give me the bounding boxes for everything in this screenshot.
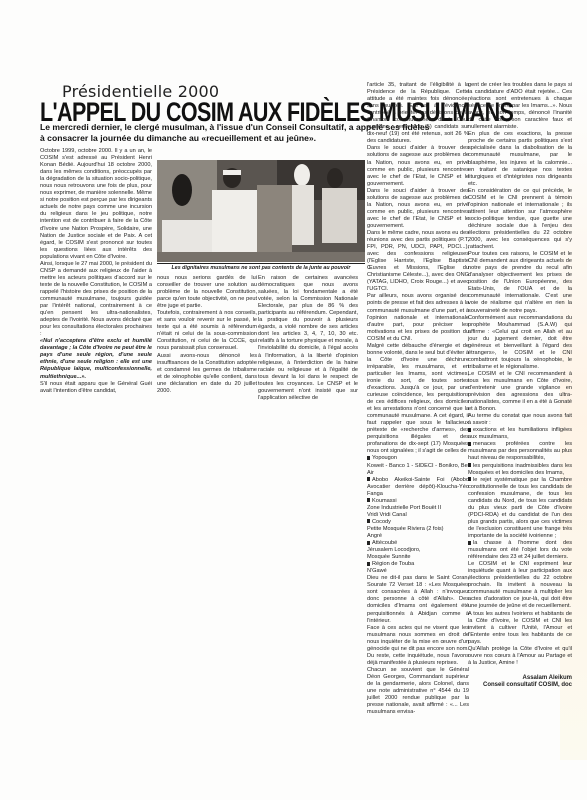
paragraph: Par ailleurs, nous avons organisé des po… [367, 293, 469, 342]
grievance-item: les perquisitions inadmissibles dans les… [468, 463, 572, 477]
mosque-item: Petite Mosquée Riviera (2 fois) [367, 526, 469, 533]
paragraph: En raison de certaines avancées démocrat… [258, 275, 358, 402]
grievance-item: la chasse à l'homme dont des musulmans o… [468, 540, 572, 561]
paragraph: Conformément aux recommandations du prop… [468, 315, 572, 371]
paragraph: Toutefois, contrairement à nos conseils,… [157, 310, 257, 352]
paragraph: Ainsi, lorsque le 27 mai 2000, le présid… [40, 261, 152, 339]
mosque-item: Jérusalem Locodjoro, [367, 547, 469, 554]
mosque-item: N'Gawé [367, 568, 469, 575]
signature-org: Conseil consultatif COSIM, doc [468, 682, 572, 689]
mosque-item: Zone Industrielle Port Bouët II [367, 505, 469, 512]
grievance-item: le rejet systématique par la Chambre con… [468, 477, 572, 540]
mosque-item: Abobo Akeikoi-Sainte Foi (Abobo Avocatie… [367, 477, 469, 498]
mosque-item: Région de Touba [367, 561, 469, 568]
paragraph: A tous les autres Ivoiriens et habitants… [468, 611, 572, 646]
paragraph: S'il nous était apparu que le Général Gu… [40, 381, 152, 395]
column-1: Octobre 1999, octobre 2000. Il y a un an… [40, 148, 152, 395]
paragraph: Le COSIM et le CNI recommandent à tous l… [468, 371, 572, 413]
paragraph: Dans le même cadre, nous avons eu des ré… [367, 230, 469, 293]
mosque-item: Koumassi [367, 498, 469, 505]
bullet-icon [367, 562, 370, 566]
mosque-list: Yopougon Koweit - Banco 1 - SIDECI - Bon… [367, 455, 469, 575]
mosque-item: Yopougon [367, 455, 469, 462]
bullet-icon [468, 477, 471, 481]
bullet-icon [468, 541, 471, 545]
paragraph: Pour toutes ces raisons, le COSIM et le … [468, 251, 572, 314]
mosque-item: Vridi Vridi Canal [367, 512, 469, 519]
bullet-icon [468, 442, 471, 446]
mosque-item: Mosquée Sunnite [367, 554, 469, 561]
mosque-item: Attécoubé [367, 540, 469, 547]
paragraph: En considération de ce qui précède, le C… [468, 188, 572, 251]
photo-caption: Les dignitaires musulmans ne sont pas co… [157, 263, 365, 272]
paragraph: nous nous serions gardés de lui conseill… [157, 275, 257, 310]
paragraph: Chacun se souvient que le Général Déon G… [367, 667, 469, 716]
bullet-icon [367, 477, 370, 481]
photo-dignitaries [157, 160, 365, 262]
paragraph: Dans le souci d'aider à trouver des solu… [367, 145, 469, 187]
quote: «Nul n'acceptera d'être exclu et humilié… [40, 338, 152, 380]
paragraph: Octobre 1999, octobre 2000. Il y a un an… [40, 148, 152, 261]
paragraph: Face à ces actes qui ne visent que les m… [367, 625, 469, 667]
grievance-item: exactions et les humiliations infligées … [468, 427, 572, 441]
bullet-icon [367, 498, 370, 502]
signature-name: Assalam Aleikum [468, 675, 572, 682]
bullet-icon [367, 519, 370, 523]
paragraph: Aussi avons-nous dénoncé les insuffisanc… [157, 353, 257, 395]
paragraph: En plus de ces exactions, la presse proc… [468, 131, 572, 187]
paragraph: Dieu ne dit-il pas dans le Saint Coran, … [367, 575, 469, 624]
mosque-item: Koweit - Banco 1 - SIDECI - Bonikro, Bel… [367, 463, 469, 477]
mosque-item: Cocody [367, 519, 469, 526]
photo-icon [157, 160, 365, 262]
paragraph: gent de créer les troubles dans le pays … [468, 82, 572, 131]
newspaper-page: Présidentielle 2000 L'APPEL DU COSIM AUX… [0, 0, 587, 800]
column-3: En raison de certaines avancées démocrat… [258, 275, 358, 402]
paragraph: Qu'Allah protège la Côte d'Ivoire et qu'… [468, 646, 572, 667]
bullet-icon [367, 456, 370, 460]
column-4: l'article 35, traitant de l'éligibilité … [367, 82, 469, 716]
paragraph: Au terme du constat que nous avons fait … [468, 413, 572, 427]
paragraph: l'article 35, traitant de l'éligibilité … [367, 82, 469, 145]
paragraph: Malgré cette débauche d'énergie et de bo… [367, 343, 469, 456]
paragraph: Dans le souci d'aider à trouver des solu… [367, 188, 469, 230]
bullet-icon [468, 428, 471, 432]
signature: Assalam Aleikum Conseil consultatif COSI… [468, 675, 572, 689]
bullet-icon [468, 463, 471, 467]
grievance-list: exactions et les humiliations infligées … [468, 427, 572, 561]
bullet-icon [367, 541, 370, 545]
column-5: gent de créer les troubles dans le pays … [468, 82, 572, 689]
column-2: nous nous serions gardés de lui conseill… [157, 275, 257, 395]
grievance-item: menaces proférées contre les musulmans p… [468, 441, 572, 462]
paragraph: Le COSIM et le CNI expriment leur inquié… [468, 561, 572, 610]
mosque-item: Angré [367, 533, 469, 540]
